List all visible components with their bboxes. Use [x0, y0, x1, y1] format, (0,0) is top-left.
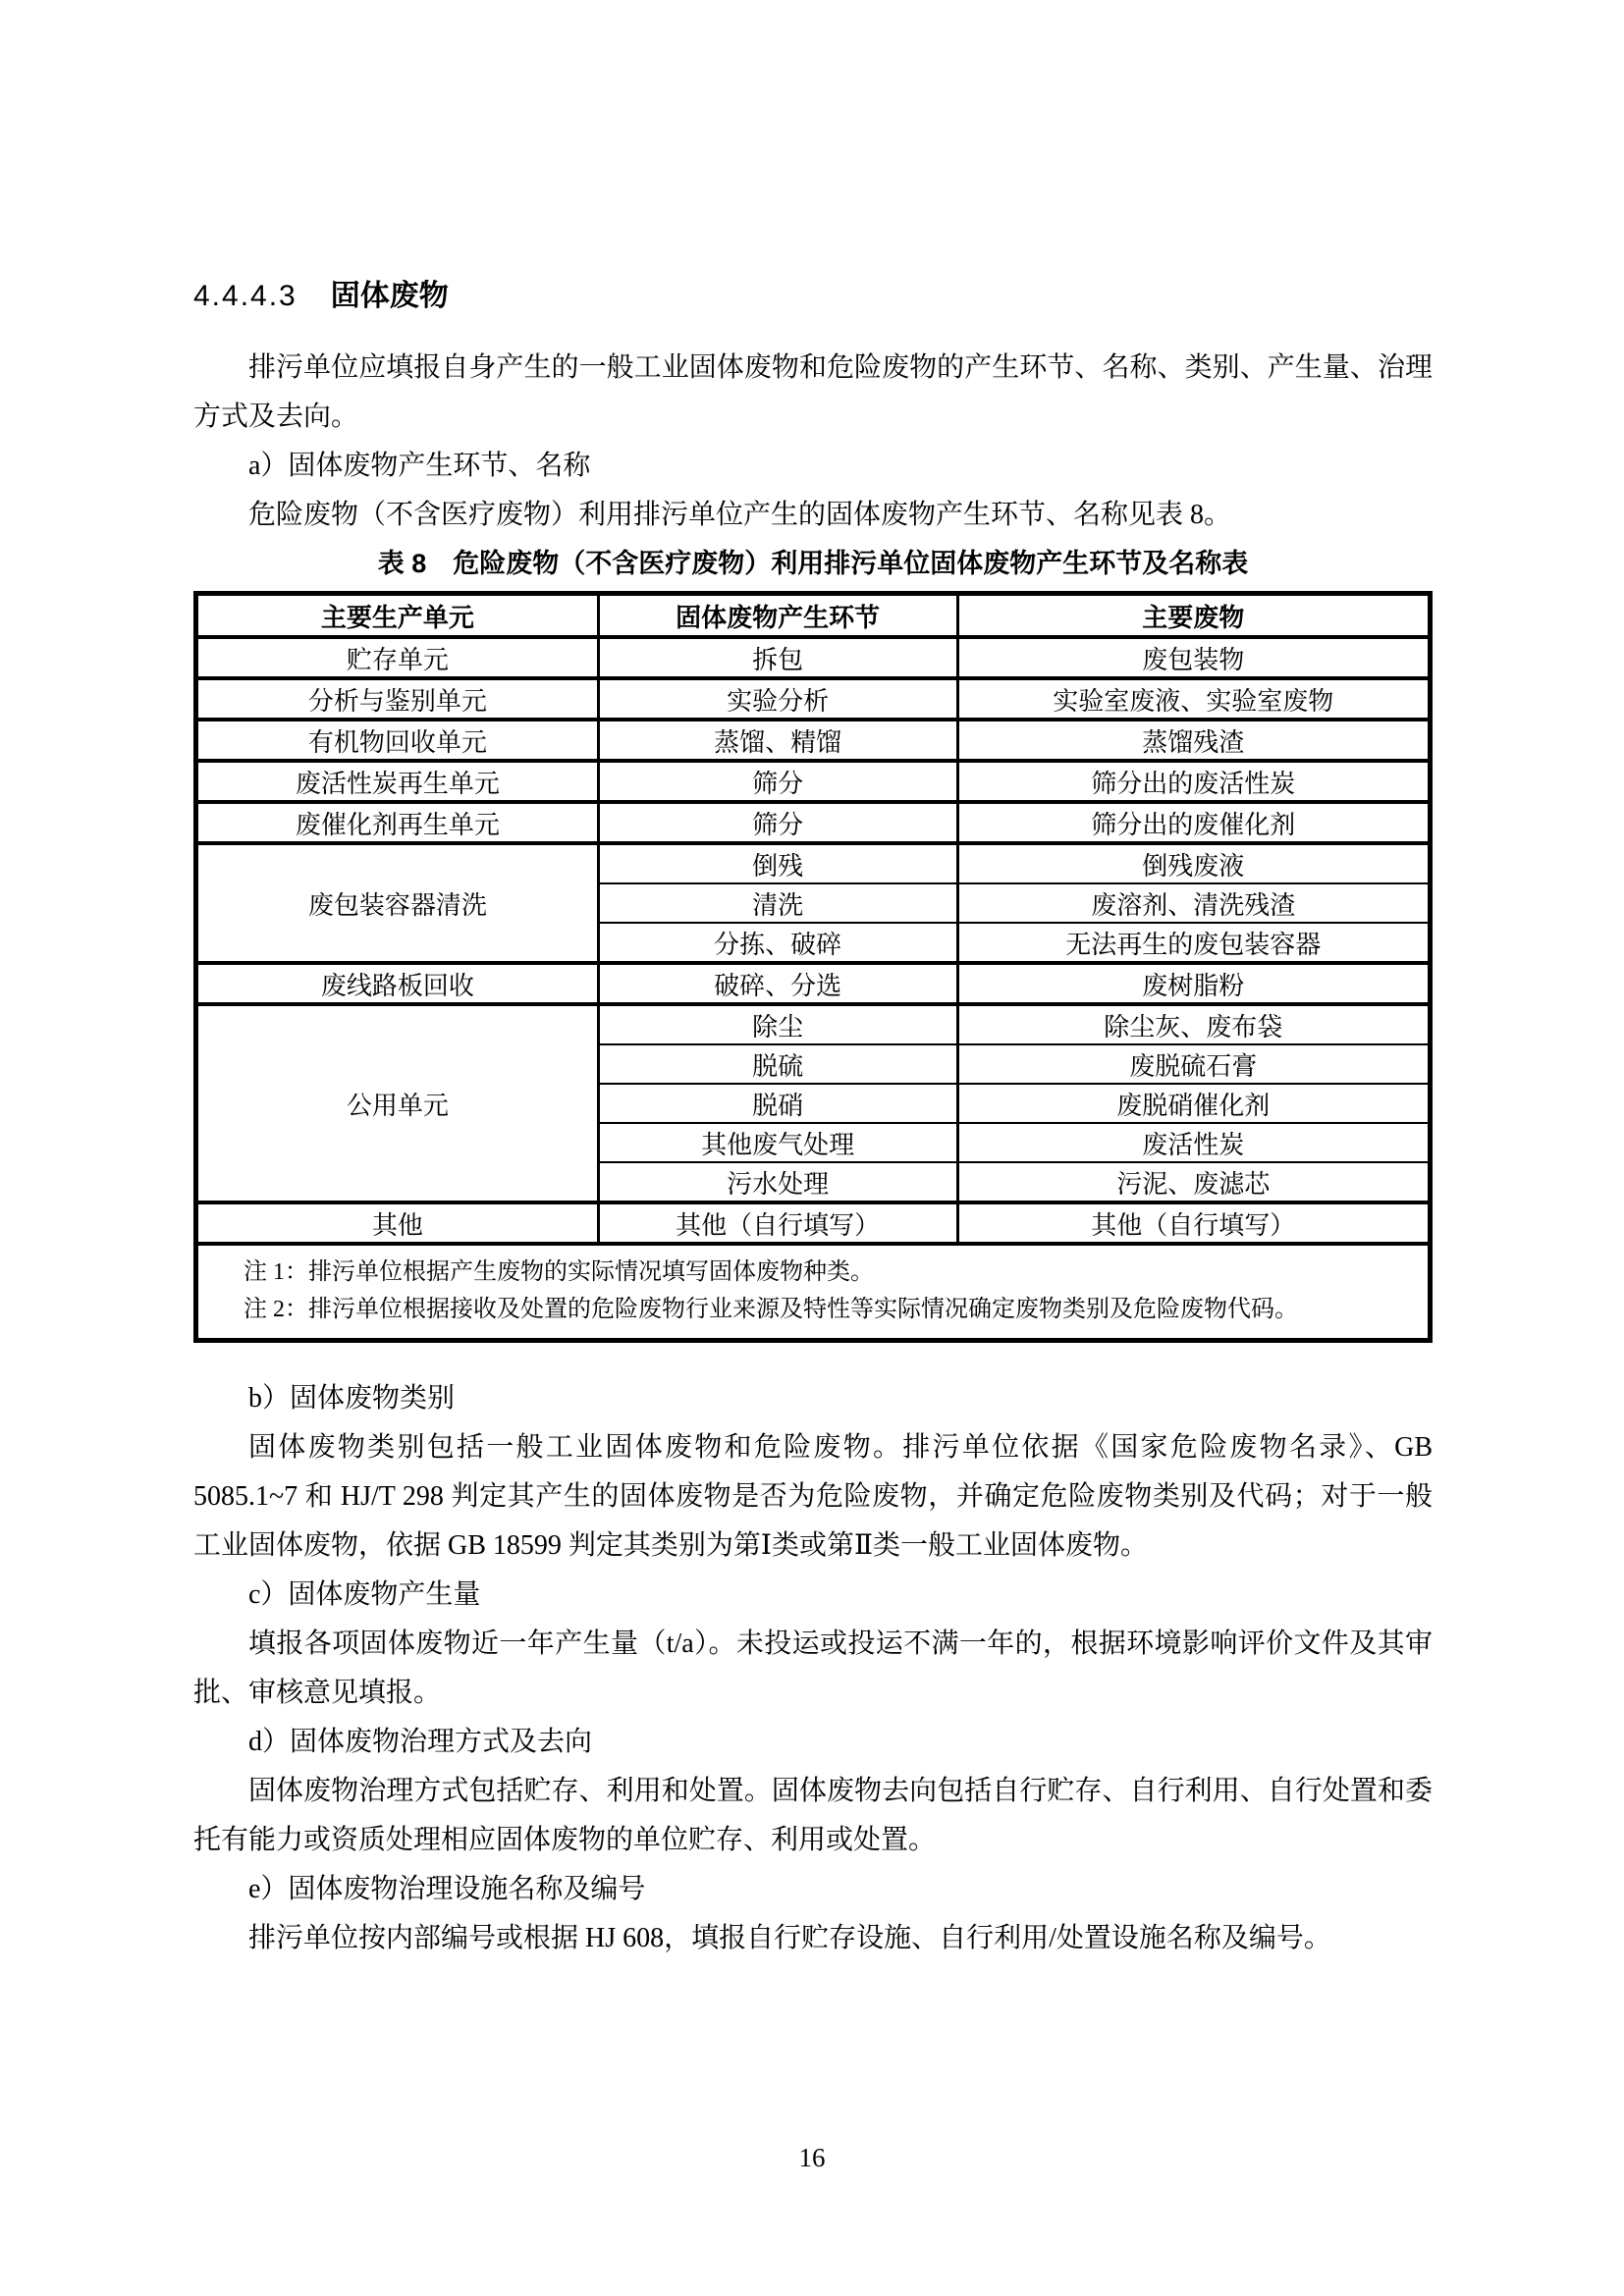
table-cell: 蒸馏、精馏: [598, 720, 957, 761]
waste-table: 主要生产单元固体废物产生环节主要废物贮存单元拆包废包装物分析与鉴别单元实验分析实…: [193, 591, 1433, 1343]
section-title: 固体废物: [331, 280, 449, 312]
column-header: 主要生产单元: [196, 594, 599, 638]
table-cell: 筛分: [598, 802, 957, 843]
table-cell: 实验分析: [598, 678, 957, 720]
item-d: d）固体废物治理方式及去向: [193, 1718, 1433, 1767]
table-cell: 其他（自行填写）: [598, 1202, 957, 1244]
table-body: 贮存单元拆包废包装物分析与鉴别单元实验分析实验室废液、实验室废物有机物回收单元蒸…: [196, 637, 1431, 1341]
table-cell: 废溶剂、清洗残渣: [957, 883, 1430, 923]
paragraph-e-desc: 排污单位按内部编号或根据 HJ 608，填报自行贮存设施、自行利用/处置设施名称…: [193, 1914, 1433, 1963]
unit-cell: 公用单元: [196, 1004, 599, 1202]
unit-cell: 废催化剂再生单元: [196, 802, 599, 843]
paragraph-a-desc: 危险废物（不含医疗废物）利用排污单位产生的固体废物产生环节、名称见表 8。: [193, 491, 1433, 540]
table-row: 其他其他（自行填写）其他（自行填写）: [196, 1202, 1431, 1244]
table-row: 废包装容器清洗倒残倒残废液: [196, 843, 1431, 883]
table-cell: 脱硫: [598, 1044, 957, 1084]
table-note: 注 1：排污单位根据产生废物的实际情况填写固体废物种类。: [244, 1254, 1412, 1291]
table-row: 废线路板回收破碎、分选废树脂粉: [196, 963, 1431, 1004]
notes-cell: 注 1：排污单位根据产生废物的实际情况填写固体废物种类。注 2：排污单位根据接收…: [196, 1244, 1431, 1341]
column-header: 固体废物产生环节: [598, 594, 957, 638]
unit-cell: 贮存单元: [196, 637, 599, 678]
table-row: 废催化剂再生单元筛分筛分出的废催化剂: [196, 802, 1431, 843]
table-caption: 表 8 危险废物（不含医疗废物）利用排污单位固体废物产生环节及名称表: [193, 544, 1433, 583]
table-cell: 废包装物: [957, 637, 1430, 678]
paragraph-b-desc: 固体废物类别包括一般工业固体废物和危险废物。排污单位依据《国家危险废物名录》、G…: [193, 1423, 1433, 1571]
table-cell: 污水处理: [598, 1162, 957, 1202]
header-row: 主要生产单元固体废物产生环节主要废物: [196, 594, 1431, 638]
table-row: 分析与鉴别单元实验分析实验室废液、实验室废物: [196, 678, 1431, 720]
unit-cell: 废活性炭再生单元: [196, 761, 599, 802]
table-cell: 清洗: [598, 883, 957, 923]
table-cell: 废脱硫石膏: [957, 1044, 1430, 1084]
table-cell: 废活性炭: [957, 1123, 1430, 1162]
table-cell: 破碎、分选: [598, 963, 957, 1004]
unit-cell: 废包装容器清洗: [196, 843, 599, 963]
page-content: 4.4.4.3固体废物 排污单位应填报自身产生的一般工业固体废物和危险废物的产生…: [193, 0, 1433, 1963]
paragraph-c-desc: 填报各项固体废物近一年产生量（t/a）。未投运或投运不满一年的，根据环境影响评价…: [193, 1620, 1433, 1718]
section-heading: 4.4.4.3固体废物: [193, 279, 1433, 314]
item-a: a）固体废物产生环节、名称: [193, 442, 1433, 491]
table-cell: 废脱硝催化剂: [957, 1084, 1430, 1123]
table-row: 公用单元除尘除尘灰、废布袋: [196, 1004, 1431, 1044]
column-header: 主要废物: [957, 594, 1430, 638]
table-cell: 倒残废液: [957, 843, 1430, 883]
table-cell: 拆包: [598, 637, 957, 678]
table-cell: 污泥、废滤芯: [957, 1162, 1430, 1202]
table-cell: 筛分出的废催化剂: [957, 802, 1430, 843]
item-c: c）固体废物产生量: [193, 1571, 1433, 1620]
table-cell: 实验室废液、实验室废物: [957, 678, 1430, 720]
paragraph-d-desc: 固体废物治理方式包括贮存、利用和处置。固体废物去向包括自行贮存、自行利用、自行处…: [193, 1767, 1433, 1865]
table-cell: 蒸馏残渣: [957, 720, 1430, 761]
document-page: 4.4.4.3固体废物 排污单位应填报自身产生的一般工业固体废物和危险废物的产生…: [0, 0, 1624, 2296]
table-cell: 无法再生的废包装容器: [957, 923, 1430, 963]
page-number: 16: [0, 2143, 1624, 2173]
section-number: 4.4.4.3: [193, 280, 298, 312]
table-cell: 倒残: [598, 843, 957, 883]
table-row: 废活性炭再生单元筛分筛分出的废活性炭: [196, 761, 1431, 802]
notes-row: 注 1：排污单位根据产生废物的实际情况填写固体废物种类。注 2：排污单位根据接收…: [196, 1244, 1431, 1341]
table-cell: 除尘: [598, 1004, 957, 1044]
table-row: 有机物回收单元蒸馏、精馏蒸馏残渣: [196, 720, 1431, 761]
table-note: 注 2：排污单位根据接收及处置的危险废物行业来源及特性等实际情况确定废物类别及危…: [244, 1291, 1412, 1328]
unit-cell: 其他: [196, 1202, 599, 1244]
table-cell: 其他（自行填写）: [957, 1202, 1430, 1244]
table-head: 主要生产单元固体废物产生环节主要废物: [196, 594, 1431, 638]
item-e: e）固体废物治理设施名称及编号: [193, 1865, 1433, 1914]
unit-cell: 有机物回收单元: [196, 720, 599, 761]
paragraph-intro: 排污单位应填报自身产生的一般工业固体废物和危险废物的产生环节、名称、类别、产生量…: [193, 344, 1433, 442]
table-row: 贮存单元拆包废包装物: [196, 637, 1431, 678]
table-cell: 除尘灰、废布袋: [957, 1004, 1430, 1044]
unit-cell: 废线路板回收: [196, 963, 599, 1004]
table-cell: 脱硝: [598, 1084, 957, 1123]
table-cell: 筛分出的废活性炭: [957, 761, 1430, 802]
item-b: b）固体废物类别: [193, 1374, 1433, 1423]
table-cell: 分拣、破碎: [598, 923, 957, 963]
table-cell: 废树脂粉: [957, 963, 1430, 1004]
unit-cell: 分析与鉴别单元: [196, 678, 599, 720]
table-cell: 其他废气处理: [598, 1123, 957, 1162]
table-cell: 筛分: [598, 761, 957, 802]
